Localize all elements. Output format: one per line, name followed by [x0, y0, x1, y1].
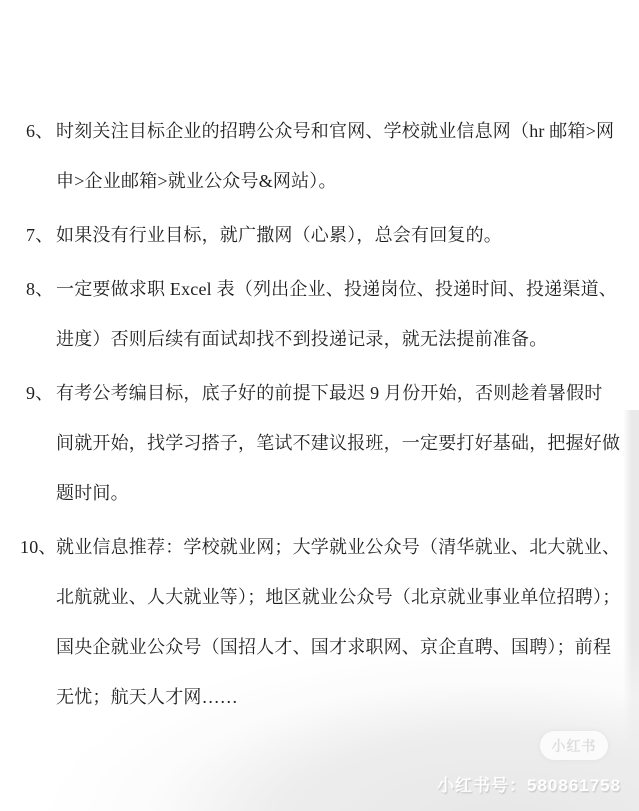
xiaohongshu-id-watermark: 小红书号：580861758: [437, 771, 621, 796]
text-line: 北航就业、人大就业等）；地区就业公众号（北京就业事业单位招聘）；: [56, 572, 639, 622]
item-number: 7、: [26, 210, 53, 260]
list-item-9: 9、 有考公考编目标，底子好的前提下最迟 9 月份开始，否则趁着暑假时 间就开始…: [0, 368, 639, 518]
item-number: 8、: [26, 264, 53, 314]
text-line: 有考公考编目标，底子好的前提下最迟 9 月份开始，否则趁着暑假时: [56, 368, 639, 418]
list-item-8: 8、 一定要做求职 Excel 表（列出企业、投递岗位、投递时间、投递渠道、 进…: [0, 264, 639, 364]
job-tips-list: 6、 时刻关注目标企业的招聘公众号和官网、学校就业信息网（hr 邮箱>网 申>企…: [0, 106, 639, 722]
text-line: 间就开始，找学习搭子，笔试不建议报班，一定要打好基础，把握好做: [56, 418, 639, 468]
list-item-10: 10、 就业信息推荐：学校就业网；大学就业公众号（清华就业、北大就业、 北航就业…: [0, 522, 639, 722]
text-line: 一定要做求职 Excel 表（列出企业、投递岗位、投递时间、投递渠道、: [56, 264, 639, 314]
text-line: 申>企业邮箱>就业公众号&网站）。: [56, 156, 639, 206]
text-line: 无忧；航天人才网……: [56, 672, 639, 722]
list-item-6: 6、 时刻关注目标企业的招聘公众号和官网、学校就业信息网（hr 邮箱>网 申>企…: [0, 106, 639, 206]
item-number: 6、: [26, 106, 53, 156]
list-item-7: 7、 如果没有行业目标，就广撒网（心累），总会有回复的。: [0, 210, 639, 260]
item-number: 10、: [20, 522, 57, 572]
text-line: 国央企就业公众号（国招人才、国才求职网、京企直聘、国聘）；前程: [56, 622, 639, 672]
text-line: 题时间。: [56, 468, 639, 518]
xiaohongshu-logo-watermark: 小红书: [540, 731, 608, 760]
item-number: 9、: [26, 368, 53, 418]
text-line: 进度）否则后续有面试却找不到投递记录，就无法提前准备。: [56, 314, 639, 364]
document-page: 6、 时刻关注目标企业的招聘公众号和官网、学校就业信息网（hr 邮箱>网 申>企…: [0, 0, 639, 811]
xiaohongshu-logo-label: 小红书: [552, 736, 597, 756]
text-line: 时刻关注目标企业的招聘公众号和官网、学校就业信息网（hr 邮箱>网: [56, 106, 639, 156]
text-line: 如果没有行业目标，就广撒网（心累），总会有回复的。: [56, 210, 639, 260]
text-line: 就业信息推荐：学校就业网；大学就业公众号（清华就业、北大就业、: [56, 522, 639, 572]
